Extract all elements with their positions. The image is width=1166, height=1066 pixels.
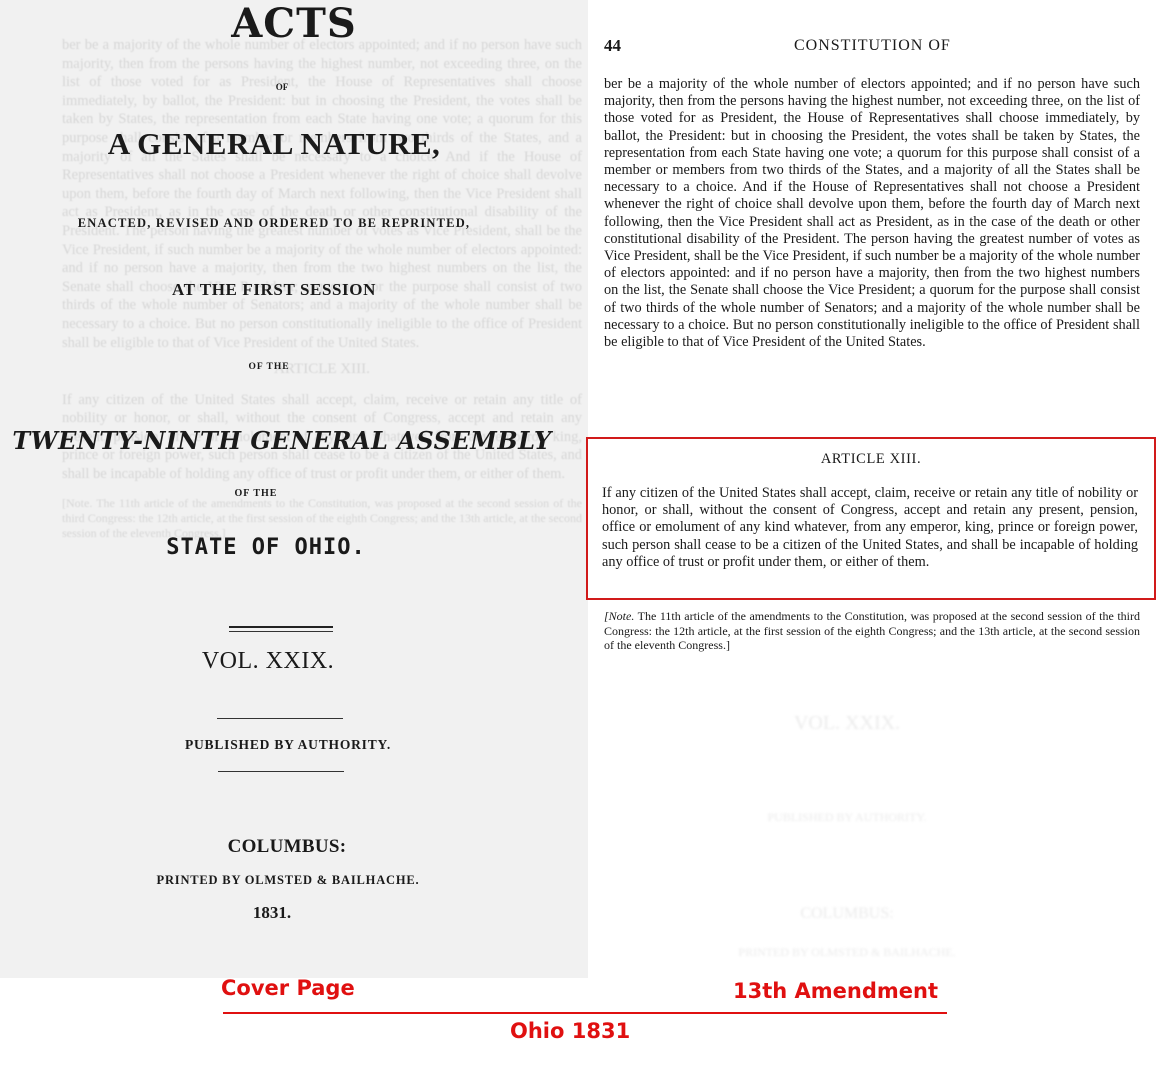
caption-13th-amendment: 13th Amendment (733, 979, 938, 1003)
article-text: If any citizen of the United States shal… (602, 485, 1138, 571)
cover-of-the-1: OF THE (0, 362, 563, 372)
note-text: The 11th article of the amendments to th… (604, 609, 1140, 652)
article-xiii-highlight-box: ARTICLE XIII. If any citizen of the Unit… (586, 437, 1156, 600)
running-head: CONSTITUTION OF (794, 37, 951, 55)
cover-state: STATE OF OHIO. (0, 535, 560, 560)
ghost-printer: PRINTED BY OLMSTED & BAILHACHE. (558, 945, 1136, 960)
rule-divider-bottom (218, 771, 344, 772)
double-rule-divider (229, 626, 333, 632)
cover-assembly: TWENTY-NINTH GENERAL ASSEMBLY (0, 426, 576, 455)
caption-divider (223, 1012, 947, 1014)
footnote: [Note. The 11th article of the amendment… (604, 609, 1140, 653)
bleed-note: [Note. The 11th article of the amendment… (62, 496, 582, 541)
caption-ohio-1831: Ohio 1831 (510, 1019, 630, 1043)
cover-printer: PRINTED BY OLMSTED & BAILHACHE. (0, 873, 582, 888)
cover-title: ACTS (0, 0, 588, 47)
ghost-published: PUBLISHED BY AUTHORITY. (558, 810, 1136, 825)
cover-published: PUBLISHED BY AUTHORITY. (0, 737, 582, 753)
rule-divider-top (217, 718, 343, 719)
note-label: [Note. (604, 609, 634, 623)
cover-city: COLUMBUS: (0, 836, 581, 858)
constitution-page: 44 CONSTITUTION OF ber be a majority of … (588, 0, 1166, 978)
cover-of: OF (0, 82, 576, 92)
cover-subtitle: A GENERAL NATURE, (0, 126, 568, 162)
ghost-volume: VOL. XXIX. (558, 712, 1136, 735)
cover-session: AT THE FIRST SESSION (0, 280, 568, 300)
article-xii-continuation: ber be a majority of the whole number of… (604, 76, 1140, 351)
article-title: ARTICLE XIII. (588, 451, 1154, 468)
cover-of-the-2: OF THE (0, 488, 550, 499)
caption-cover-page: Cover Page (221, 976, 355, 1000)
page-number: 44 (604, 36, 621, 56)
cover-page: ber be a majority of the whole number of… (0, 0, 588, 978)
cover-volume: VOL. XXIX. (0, 648, 562, 675)
cover-enacted: ENACTED, REVISED AND ORDERED TO BE REPRI… (0, 216, 568, 231)
cover-year: 1831. (0, 903, 566, 923)
ghost-city: COLUMBUS: (558, 905, 1136, 923)
